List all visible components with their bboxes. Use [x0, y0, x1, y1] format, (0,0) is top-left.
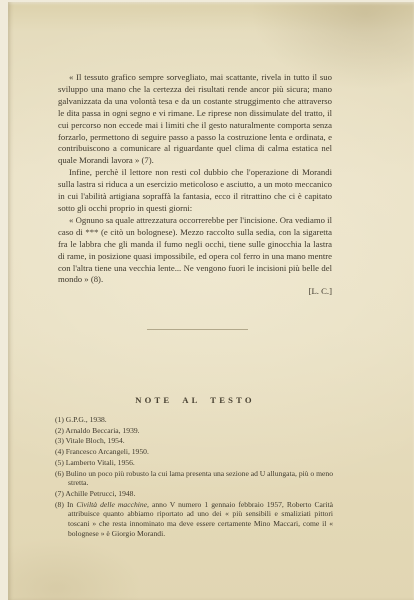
section-divider-rule	[147, 329, 248, 330]
note-item: (8) In Civiltà delle macchine, anno V nu…	[55, 500, 333, 539]
intro-paragraph: Infine, perchè il lettore non resti col …	[58, 167, 332, 215]
note-number: (3)	[55, 436, 64, 445]
note-text: Lamberto Vitali, 1956.	[66, 458, 135, 467]
note-text: Bulino un poco più robusto la cui lama p…	[66, 469, 333, 488]
note-item: (1) G.P.G., 1938.	[55, 415, 333, 425]
note-number: (1)	[55, 415, 64, 424]
note-item: (4) Francesco Arcangeli, 1950.	[55, 447, 333, 457]
note-number: (5)	[55, 458, 64, 467]
note-text: Francesco Arcangeli, 1950.	[66, 447, 149, 456]
attribution: [L. C.]	[58, 286, 332, 298]
note-number: (6)	[55, 469, 64, 478]
note-item: (5) Lamberto Vitali, 1956.	[55, 458, 333, 468]
note-text: Achille Petrucci, 1948.	[65, 489, 135, 498]
page-scan: « Il tessuto grafico sempre sorvegliato,…	[0, 0, 414, 600]
note-text: G.P.G., 1938.	[66, 415, 107, 424]
note-title-italic: Civiltà delle macchine	[76, 500, 147, 509]
notes-list: (1) G.P.G., 1938. (2) Arnaldo Beccaria, …	[55, 415, 333, 539]
note-item: (3) Vitale Bloch, 1954.	[55, 436, 333, 446]
note-number: (8)	[55, 500, 64, 509]
note-number: (2)	[55, 426, 64, 435]
notes-heading: NOTE AL TESTO	[58, 395, 332, 405]
note-item: (6) Bulino un poco più robusto la cui la…	[55, 469, 333, 488]
quoted-paragraph-2: « Ognuno sa quale attrezzatura occorrere…	[58, 215, 332, 286]
note-text: Vitale Bloch, 1954.	[66, 436, 125, 445]
note-text: Arnaldo Beccaria, 1939.	[65, 426, 139, 435]
note-item: (7) Achille Petrucci, 1948.	[55, 489, 333, 499]
note-number: (4)	[55, 447, 64, 456]
note-item: (2) Arnaldo Beccaria, 1939.	[55, 426, 333, 436]
quoted-paragraph-1: « Il tessuto grafico sempre sorvegliato,…	[58, 72, 332, 167]
note-text: In	[67, 500, 76, 509]
main-text-block: « Il tessuto grafico sempre sorvegliato,…	[58, 72, 332, 298]
note-number: (7)	[55, 489, 64, 498]
book-page: { "colors": { "paper": "#e8dfc2", "paper…	[0, 0, 414, 600]
